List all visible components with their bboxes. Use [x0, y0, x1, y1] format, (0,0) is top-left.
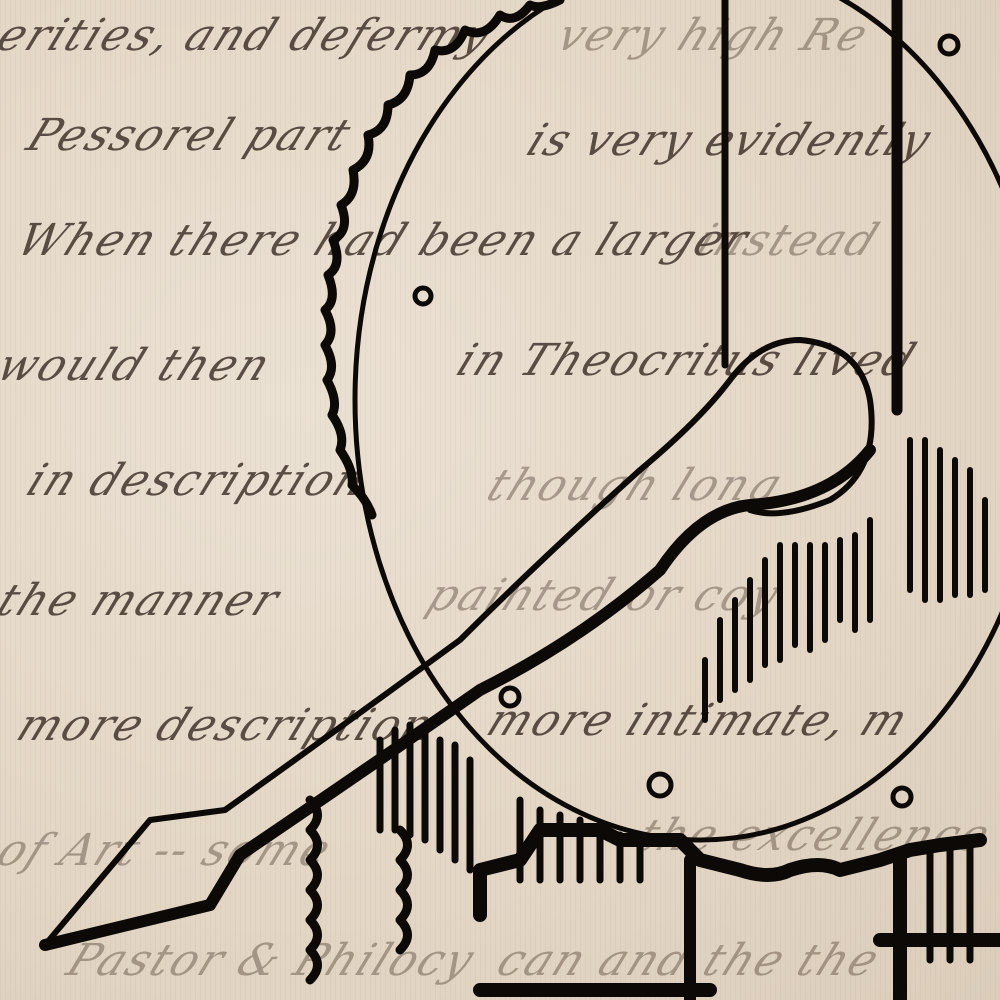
lower-gear-teeth — [400, 830, 408, 950]
pivot-hole-icon — [893, 788, 911, 806]
pivot-hole-icon — [940, 36, 958, 54]
pivot-hole-icon — [415, 288, 431, 304]
pivot-hole-icon — [501, 688, 519, 706]
pivot-holes — [415, 36, 958, 806]
lower-gear-teeth — [310, 800, 318, 980]
pivot-hole-icon — [649, 774, 671, 796]
gear-teeth — [325, 0, 560, 515]
mechanical-drawing — [0, 0, 1000, 1000]
shading-hatch — [705, 440, 985, 720]
